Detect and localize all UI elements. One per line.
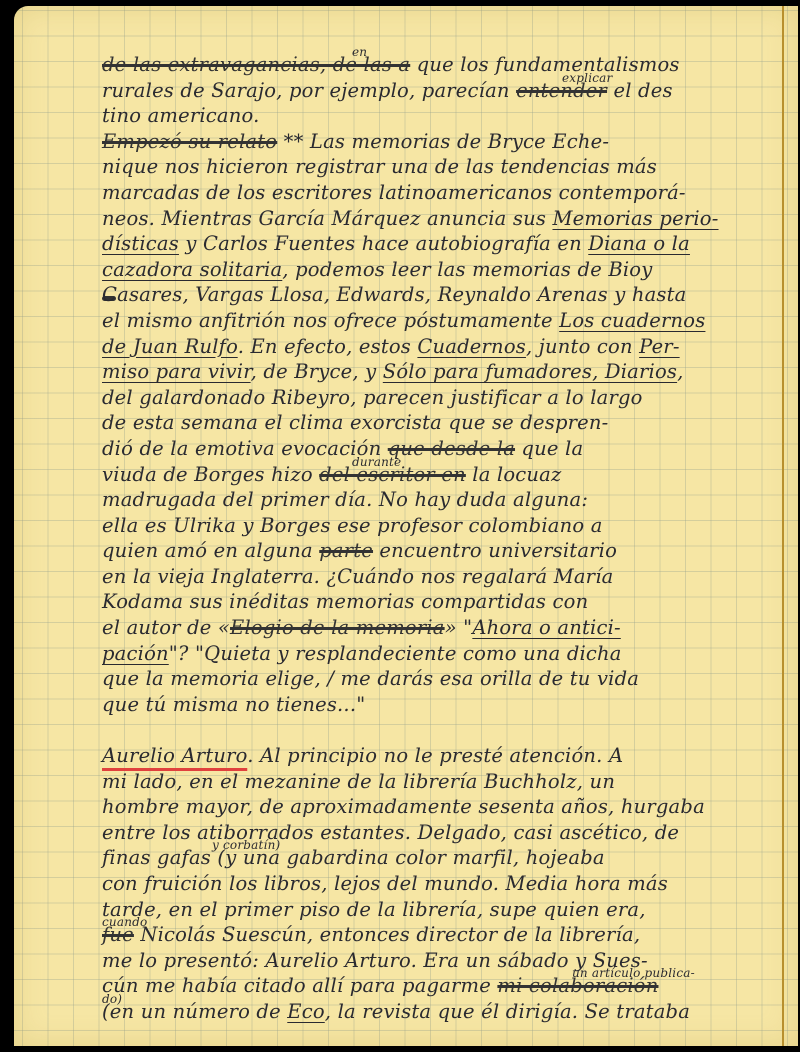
line-text: madrugada del primer día. No hay duda al… [102, 488, 588, 511]
line-text: Nicolás Suescún, entonces director de la… [134, 923, 640, 946]
line-text: » " [445, 616, 473, 639]
line-text: y Carlos Fuentes hace autobiografía en [179, 232, 588, 255]
line-text: "? "Quieta y resplandeciente como una di… [169, 642, 622, 665]
line-text: que tú misma no tienes..." [102, 693, 365, 716]
line-text: Casares, Vargas Llosa, Edwards, Reynaldo… [102, 283, 686, 306]
line-text: , de Bryce, y [251, 360, 383, 383]
text-line: que tú misma no tienes..." [102, 692, 772, 718]
text-line: con fruición los libros, lejos del mundo… [102, 871, 772, 897]
text-line: ella es Ulrika y Borges ese profesor col… [102, 513, 772, 539]
line-text: mi lado, en el mezanine de la librería B… [102, 770, 615, 793]
text-line: de Juan Rulfo. En efecto, estos Cuaderno… [102, 334, 772, 360]
text-line: Casares, Vargas Llosa, Edwards, Reynaldo… [102, 282, 772, 308]
insertion-above: y corbatín) [212, 833, 280, 859]
line-text: con fruición los libros, lejos del mundo… [102, 872, 668, 895]
text-line: do)(en un número de Eco, la revista que … [102, 999, 772, 1025]
text-line: neos. Mientras García Márquez anuncia su… [102, 206, 772, 232]
line-text: viuda de Borges hizo [102, 463, 319, 486]
underlined-title: de Juan Rulfo [102, 335, 238, 358]
line-text: del galardonado Ribeyro, parecen justifi… [102, 386, 643, 409]
underlined-title: Per- [639, 335, 680, 358]
text-line: el mismo anfitrión nos ofrece póstumamen… [102, 308, 772, 334]
text-line: madrugada del primer día. No hay duda al… [102, 487, 772, 513]
underlined-title: miso para vivir [102, 360, 251, 383]
underlined-title: pación [102, 642, 169, 665]
insertion-above: durante [352, 450, 401, 476]
paragraph-gap [102, 717, 772, 743]
page-binding-edge [782, 6, 784, 1046]
insertion-above: un artículo publica- [572, 961, 695, 987]
underlined-title: Eco [287, 1000, 325, 1023]
line-text: . Al principio no le presté atención. A [247, 744, 623, 767]
text-line: cazadora solitaria, podemos leer las mem… [102, 257, 772, 283]
line-text: nique nos hicieron registrar una de las … [102, 155, 657, 178]
line-text: cún me había citado allí para pagarme [102, 974, 497, 997]
line-text: , junto con [526, 335, 639, 358]
text-line: explicarrurales de Sarajo, por ejemplo, … [102, 78, 772, 104]
line-text: rurales de Sarajo, por ejemplo, parecían [102, 79, 516, 102]
line-text: el autor de « [102, 616, 230, 639]
line-text: neos. Mientras García Márquez anuncia su… [102, 207, 552, 230]
text-line: en la vieja Inglaterra. ¿Cuándo nos rega… [102, 564, 772, 590]
struck-text: parte [319, 539, 373, 562]
text-line: cuandofue Nicolás Suescún, entonces dire… [102, 922, 772, 948]
text-line: marcadas de los escritores latinoamerica… [102, 180, 772, 206]
text-line: duranteviuda de Borges hizo del escritor… [102, 462, 772, 488]
text-line: que la memoria elige, / me darás esa ori… [102, 666, 772, 692]
text-line: tarde, en el primer piso de la librería,… [102, 897, 772, 923]
line-text: dió de la emotiva evocación [102, 437, 388, 460]
line-text: que la memoria elige, / me darás esa ori… [102, 667, 639, 690]
line-text: ** Las memorias de Bryce Eche- [277, 130, 609, 153]
text-line: hombre mayor, de aproximadamente sesenta… [102, 794, 772, 820]
struck-text: Elogio de la memoria [230, 616, 445, 639]
line-text: , la revista que él dirigía. Se trataba [325, 1000, 690, 1023]
text-line: nique nos hicieron registrar una de las … [102, 154, 772, 180]
text-line: quien amó en alguna parte encuentro univ… [102, 538, 772, 564]
line-text: en la vieja Inglaterra. ¿Cuándo nos rega… [102, 565, 613, 588]
text-line: ende las extravagancias, de las a que lo… [102, 52, 772, 78]
insertion-above: cuando [102, 910, 147, 936]
line-text: la locuaz [466, 463, 562, 486]
text-line: pación"? "Quieta y resplandeciente como … [102, 641, 772, 667]
line-text: tarde, en el primer piso de la librería,… [102, 898, 646, 921]
text-line: Empezó su relato ** Las memorias de Bryc… [102, 129, 772, 155]
text-line: de esta semana el clima exorcista que se… [102, 410, 772, 436]
text-line: mi lado, en el mezanine de la librería B… [102, 769, 772, 795]
insertion-above: do) [102, 987, 122, 1013]
insertion-above: en [352, 40, 367, 66]
line-text: el des [607, 79, 673, 102]
line-text: (en un número de [102, 1000, 287, 1023]
line-text: el mismo anfitrión nos ofrece póstumamen… [102, 309, 559, 332]
insertion-above: explicar [562, 66, 612, 92]
text-line: Kodama sus inéditas memorias compartidas… [102, 589, 772, 615]
line-text: que la [515, 437, 583, 460]
text-line: entre los atiborrados estantes. Delgado,… [102, 820, 772, 846]
text-line: un artículo publica-cún me había citado … [102, 973, 772, 999]
line-text: tino americano. [102, 104, 260, 127]
underlined-title: Cuadernos [417, 335, 526, 358]
text-line: del galardonado Ribeyro, parecen justifi… [102, 385, 772, 411]
line-text: entre los atiborrados estantes. Delgado,… [102, 821, 679, 844]
line-text: que los fundamentalismos [417, 53, 680, 76]
underlined-title: Sólo para fumadores, Diarios [383, 360, 677, 383]
line-text: de esta semana el clima exorcista que se… [102, 411, 608, 434]
text-line: dió de la emotiva evocación que desde la… [102, 436, 772, 462]
text-line: y corbatín)finas gafas (y una gabardina … [102, 845, 772, 871]
underlined-title: dísticas [102, 232, 179, 255]
line-text: Kodama sus inéditas memorias compartidas… [102, 590, 588, 613]
underlined-title: Diana o la [588, 232, 690, 255]
underlined-title: Los cuadernos [559, 309, 705, 332]
line-text: ella es Ulrika y Borges ese profesor col… [102, 514, 603, 537]
text-line: tino americano. [102, 103, 772, 129]
line-text: me lo presentó: Aurelio Arturo. Era un s… [102, 949, 648, 972]
struck-text: Empezó su relato [102, 130, 277, 153]
line-text: hombre mayor, de aproximadamente sesenta… [102, 795, 705, 818]
section-heading-aurelio-arturo: Aurelio Arturo [102, 744, 247, 767]
underlined-title: cazadora solitaria [102, 258, 282, 281]
struck-text: que desde la [388, 437, 515, 460]
line-text: , [677, 360, 683, 383]
underlined-title: Ahora o antici- [472, 616, 620, 639]
line-text: . En efecto, estos [238, 335, 418, 358]
handwritten-text: ende las extravagancias, de las a que lo… [102, 52, 772, 1025]
underlined-title: Memorias perio- [552, 207, 718, 230]
text-line: Aurelio Arturo. Al principio no le prest… [102, 743, 772, 769]
line-text: quien amó en alguna [102, 539, 319, 562]
line-text: encuentro universitario [373, 539, 617, 562]
line-text: marcadas de los escritores latinoamerica… [102, 181, 686, 204]
text-line: miso para vivir, de Bryce, y Sólo para f… [102, 359, 772, 385]
text-line: el autor de «Elogio de la memoria» "Ahor… [102, 615, 772, 641]
text-line: dísticas y Carlos Fuentes hace autobiogr… [102, 231, 772, 257]
line-text: finas gafas (y una gabardina color marfi… [102, 846, 605, 869]
line-text: , podemos leer las memorias de Bioy [282, 258, 652, 281]
